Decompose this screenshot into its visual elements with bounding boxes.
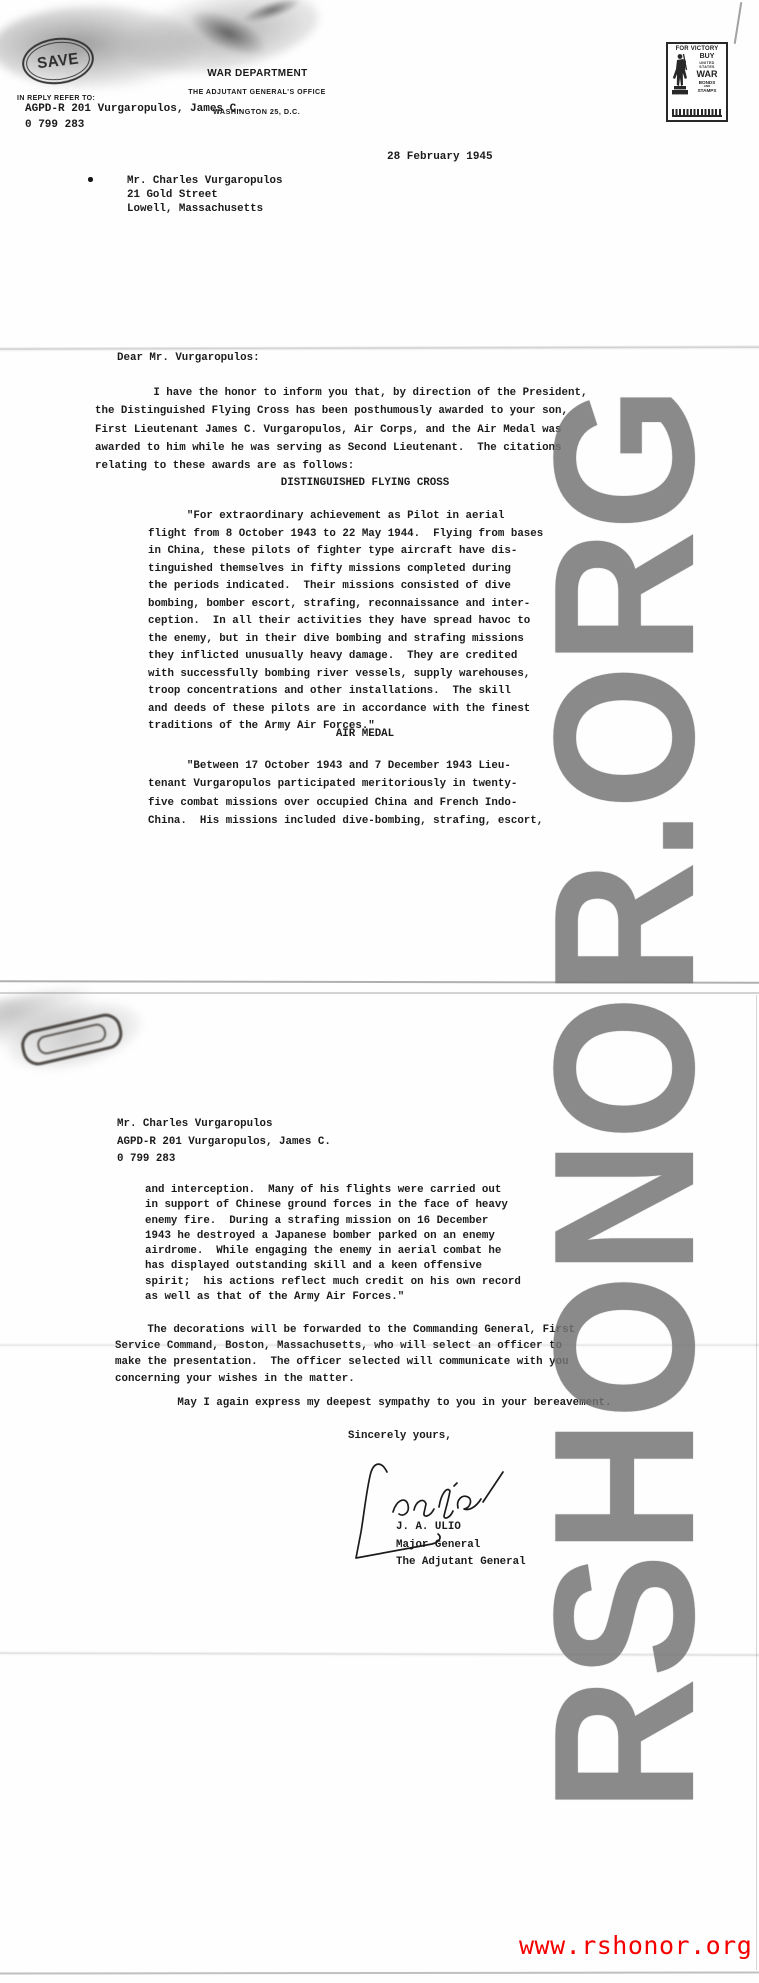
letterhead-office: THE ADJUTANT GENERAL'S OFFICE [177, 89, 337, 96]
closing: Sincerely yours, [348, 1430, 452, 1442]
letterhead-city: WASHINGTON 25, D.C. [213, 107, 300, 116]
site-url: www.rshonor.org [519, 1931, 752, 1960]
war-bonds-text-column: BUY UNITED STATES WAR BONDS AND STAMPS [690, 53, 726, 101]
pen-mark [734, 2, 743, 44]
file-reference: AGPD-R 201 Vurgaropulos, James C. [25, 103, 243, 115]
signature-title: The Adjutant General [396, 1554, 526, 1572]
dfc-citation: "For extraordinary achievement as Pilot … [148, 508, 543, 736]
bonds-line-stamps: STAMPS [698, 88, 717, 93]
decorations-paragraph: The decorations will be forwarded to the… [115, 1322, 575, 1387]
service-number: 0 799 283 [25, 119, 84, 131]
signature-rank: Major General [396, 1537, 480, 1555]
scanned-letter: SAVE WAR DEPARTMENT THE ADJUTANT GENERAL… [0, 0, 759, 1983]
stamp-pedestal-hatch [672, 109, 722, 117]
save-stamp-label: SAVE [36, 50, 80, 73]
reply-refer-label: IN REPLY REFER TO: [17, 95, 95, 102]
bottom-paper-edge [0, 1971, 759, 1974]
air-medal-citation: "Between 17 October 1943 and 7 December … [148, 757, 543, 830]
watermark: RSHONOR.ORG [525, 231, 725, 1812]
citation-continuation: and interception. Many of his flights we… [145, 1183, 521, 1305]
signature-name: J. A. ULIO [396, 1519, 461, 1537]
letter-date: 28 February 1945 [387, 151, 493, 163]
letterhead-department: WAR DEPARTMENT [195, 68, 320, 79]
victory-slogan: FOR VICTORY [668, 44, 726, 52]
bonds-line-buy: BUY [700, 53, 715, 61]
war-bonds-stamp: FOR VICTORY BUY UNITED STATES WAR BONDS … [666, 42, 728, 122]
reference-block: Mr. Charles Vurgaropulos AGPD-R 201 Vurg… [117, 1116, 331, 1169]
salutation: Dear Mr. Vurgaropulos: [117, 352, 260, 364]
recipient-address: Mr. Charles Vurgaropulos 21 Gold Street … [127, 174, 283, 217]
war-bonds-stamp-body: BUY UNITED STATES WAR BONDS AND STAMPS [668, 53, 726, 101]
save-stamp: SAVE [19, 34, 96, 88]
minuteman-statue-icon [670, 53, 690, 101]
ink-dot [88, 177, 93, 182]
bonds-line-war: WAR [697, 69, 718, 79]
right-paper-edge [756, 995, 758, 1970]
